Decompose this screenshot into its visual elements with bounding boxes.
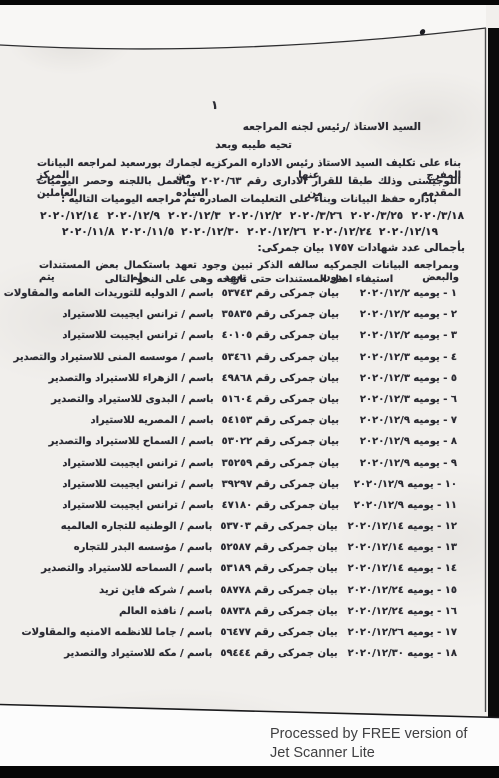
- entry-consignee-label: باسم / موسسه المنى للاستيراد والتصدير: [14, 352, 214, 363]
- entry-declaration-label: بيان جمركى رقم ٣٥٨٣٥: [222, 309, 339, 320]
- entry-day-label: ١٥ - يوميه ٢٠٢٠/١٢/٢٤: [348, 585, 457, 596]
- review-date: ٢٠٢٠/١٢/٢: [229, 210, 282, 222]
- review-date: ٢٠٢٠/١٢/١٩: [379, 226, 438, 238]
- entry-declaration-label: بيان جمركى رقم ٤٩٨٦٨: [222, 373, 339, 384]
- intro-paragraph-line: باداره حفظ البيانات وبناء على التعليمات …: [37, 194, 461, 206]
- watermark-line-1: Processed by FREE version of: [270, 725, 485, 744]
- entry-day-label: ٢ - يوميه ٢٠٢٠/١٢/٢: [349, 309, 457, 320]
- journal-entry-row: ١٧ - يوميه ٢٠٢٠/١٢/٢٦ بيان جمركى رقم ٥٦٤…: [37, 627, 457, 648]
- entry-declaration-label: بيان جمركى رقم ٥٣١٨٩: [220, 563, 337, 574]
- entry-day-label: ١٨ - يوميه ٢٠٢٠/١٢/٣٠: [348, 648, 457, 659]
- review-note-line: استيفاء اصل المستندات حتى تاريخه وهى على…: [39, 274, 459, 286]
- entry-consignee-label: باسم / الدوليه للتوريدات العامه والمقاول…: [4, 288, 214, 299]
- review-date: ٢٠٢٠/٣/١٨: [411, 210, 464, 222]
- entry-declaration-label: بيان جمركى رقم ٤٠١٠٥: [222, 330, 339, 341]
- entry-consignee-label: باسم / ترانس ايجيبت للاستيراد: [62, 458, 213, 469]
- entry-day-label: ٤ - يوميه ٢٠٢٠/١٢/٣: [349, 352, 457, 363]
- entry-consignee-label: باسم / البدوى للاستيراد والتصدير: [51, 394, 213, 405]
- journal-entry-row: ٩ - يوميه ٢٠٢٠/١٢/٩ بيان جمركى رقم ٣٥٢٥٩…: [37, 458, 457, 479]
- watermark-line-2: Jet Scanner Lite: [270, 744, 485, 763]
- entry-declaration-label: بيان جمركى رقم ٥٣٤٦١: [222, 352, 339, 363]
- review-dates-row-2: ٢٠٢٠/١٢/١٩٢٠٢٠/١٢/٢٤٢٠٢٠/١٢/٢٦٢٠٢٠/١٢/٣٠…: [62, 226, 438, 238]
- review-date: ٢٠٢٠/١٢/٣٠: [181, 226, 240, 238]
- entry-declaration-label: بيان جمركى رقم ٥٨٧٣٨: [220, 606, 337, 617]
- entry-declaration-label: بيان جمركى رقم ٥٣٠٢٢: [222, 436, 339, 447]
- review-date: ٢٠٢٠/١٢/٣: [168, 210, 221, 222]
- journal-entry-row: ٤ - يوميه ٢٠٢٠/١٢/٣ بيان جمركى رقم ٥٣٤٦١…: [37, 352, 457, 373]
- journal-entry-row: ٨ - يوميه ٢٠٢٠/١٢/٩ بيان جمركى رقم ٥٣٠٢٢…: [37, 436, 457, 457]
- entry-consignee-label: باسم / الوطنيه للتجاره العالميه: [61, 521, 213, 532]
- entry-declaration-label: بيان جمركى رقم ٥٤١٥٣: [222, 415, 339, 426]
- review-date: ٢٠٢٠/١١/٥: [122, 226, 175, 238]
- entry-consignee-label: باسم / شركه فاين تريد: [99, 585, 212, 596]
- entry-declaration-label: بيان جمركى رقم ٥٣٧٠٣: [220, 521, 337, 532]
- journal-entry-row: ١٣ - يوميه ٢٠٢٠/١٢/١٤ بيان جمركى رقم ٥٢٥…: [37, 542, 457, 563]
- journal-entries-list: ١ - يوميه ٢٠٢٠/١٢/٢ بيان جمركى رقم ٥٣٧٤٣…: [37, 288, 457, 669]
- scan-page: ١ السيد الاستاذ /رئيس لجنه المراجعه تحيه…: [0, 0, 499, 778]
- entry-day-label: ١٠ - يوميه ٢٠٢٠/١٢/٩: [349, 479, 457, 490]
- journal-entry-row: ١٦ - يوميه ٢٠٢٠/١٢/٢٤ بيان جمركى رقم ٥٨٧…: [37, 606, 457, 627]
- entry-consignee-label: باسم / ترانس ايجيبت للاستيراد: [62, 330, 213, 341]
- entry-declaration-label: بيان جمركى رقم ٥٨٧٧٨: [220, 585, 337, 596]
- journal-entry-row: ١ - يوميه ٢٠٢٠/١٢/٢ بيان جمركى رقم ٥٣٧٤٣…: [37, 288, 457, 309]
- entry-day-label: ٨ - يوميه ٢٠٢٠/١٢/٩: [349, 436, 457, 447]
- entry-consignee-label: باسم / ترانس ايجيبت للاستيراد: [62, 309, 213, 320]
- page-number-mark: ١: [211, 98, 218, 112]
- entry-declaration-label: بيان جمركى رقم ٥١٦٠٤: [222, 394, 339, 405]
- entry-day-label: ٥ - يوميه ٢٠٢٠/١٢/٣: [349, 373, 457, 384]
- entry-consignee-label: باسم / ترانس ايجيبت للاستيراد: [62, 479, 213, 490]
- entry-day-label: ٦ - يوميه ٢٠٢٠/١٢/٣: [349, 394, 457, 405]
- entry-day-label: ٧ - يوميه ٢٠٢٠/١٢/٩: [349, 415, 457, 426]
- journal-entry-row: ٣ - يوميه ٢٠٢٠/١٢/٢ بيان جمركى رقم ٤٠١٠٥…: [37, 330, 457, 351]
- entry-day-label: ١ - يوميه ٢٠٢٠/١٢/٢: [349, 288, 457, 299]
- entry-day-label: ١٢ - يوميه ٢٠٢٠/١٢/١٤: [348, 521, 457, 532]
- salutation-line: تحيه طيبه وبعد: [215, 139, 292, 151]
- review-dates-row-1: ٢٠٢٠/٣/١٨٢٠٢٠/٣/٢٥٢٠٢٠/٣/٢٦٢٠٢٠/١٢/٢٢٠٢٠…: [40, 210, 464, 222]
- journal-entry-row: ٢ - يوميه ٢٠٢٠/١٢/٢ بيان جمركى رقم ٣٥٨٣٥…: [37, 309, 457, 330]
- journal-entry-row: ١٨ - يوميه ٢٠٢٠/١٢/٣٠ بيان جمركى رقم ٥٩٤…: [37, 648, 457, 669]
- journal-entry-row: ٥ - يوميه ٢٠٢٠/١٢/٣ بيان جمركى رقم ٤٩٨٦٨…: [37, 373, 457, 394]
- entry-day-label: ٣ - يوميه ٢٠٢٠/١٢/٢: [349, 330, 457, 341]
- review-date: ٢٠٢٠/٣/٢٥: [351, 210, 404, 222]
- entry-declaration-label: بيان جمركى رقم ٣٩٢٩٧: [222, 479, 339, 490]
- entry-consignee-label: باسم / نافذه العالم: [119, 606, 212, 617]
- entry-declaration-label: بيان جمركى رقم ٥٣٧٤٣: [222, 288, 339, 299]
- journal-entry-row: ١١ - يوميه ٢٠٢٠/١٢/٩ بيان جمركى رقم ٤٧١٨…: [37, 500, 457, 521]
- entry-consignee-label: باسم / السماح للاستيراد والتصدير: [49, 436, 214, 447]
- entry-declaration-label: بيان جمركى رقم ٣٥٢٥٩: [222, 458, 339, 469]
- total-certificates-line: بأجمالى عدد شهادات ١٧٥٧ بيان جمركى:: [258, 242, 466, 254]
- entry-day-label: ١٦ - يوميه ٢٠٢٠/١٢/٢٤: [348, 606, 457, 617]
- journal-entry-row: ١٠ - يوميه ٢٠٢٠/١٢/٩ بيان جمركى رقم ٣٩٢٩…: [37, 479, 457, 500]
- scanner-watermark: Processed by FREE version of Jet Scanner…: [270, 725, 485, 762]
- journal-entry-row: ١٥ - يوميه ٢٠٢٠/١٢/٢٤ بيان جمركى رقم ٥٨٧…: [37, 585, 457, 606]
- entry-consignee-label: باسم / ترانس ايجيبت للاستيراد: [62, 500, 213, 511]
- entry-declaration-label: بيان جمركى رقم ٤٧١٨٠: [222, 500, 339, 511]
- review-date: ٢٠٢٠/١٢/٢٤: [313, 226, 372, 238]
- entry-day-label: ٩ - يوميه ٢٠٢٠/١٢/٩: [349, 458, 457, 469]
- journal-entry-row: ٦ - يوميه ٢٠٢٠/١٢/٣ بيان جمركى رقم ٥١٦٠٤…: [37, 394, 457, 415]
- entry-declaration-label: بيان جمركى رقم ٥٢٥٨٧: [220, 542, 337, 553]
- journal-entry-row: ٧ - يوميه ٢٠٢٠/١٢/٩ بيان جمركى رقم ٥٤١٥٣…: [37, 415, 457, 436]
- entry-consignee-label: باسم / مؤسسه البدر للتجاره: [74, 542, 213, 553]
- review-date: ٢٠٢٠/١٢/٩: [107, 210, 160, 222]
- journal-entry-row: ١٢ - يوميه ٢٠٢٠/١٢/١٤ بيان جمركى رقم ٥٣٧…: [37, 521, 457, 542]
- review-date: ٢٠٢٠/١٢/١٤: [40, 210, 99, 222]
- entry-day-label: ١٤ - يوميه ٢٠٢٠/١٢/١٤: [348, 563, 457, 574]
- entry-day-label: ١٣ - يوميه ٢٠٢٠/١٢/١٤: [348, 542, 457, 553]
- recipient-line: السيد الاستاذ /رئيس لجنه المراجعه: [243, 121, 421, 133]
- entry-day-label: ١٧ - يوميه ٢٠٢٠/١٢/٢٦: [348, 627, 457, 638]
- entry-declaration-label: بيان جمركى رقم ٥٩٤٤٤: [220, 648, 337, 659]
- review-date: ٢٠٢٠/١١/٨: [62, 226, 115, 238]
- entry-consignee-label: باسم / جاما للانظمه الامنيه والمقاولات: [22, 627, 213, 638]
- entry-consignee-label: باسم / المصريه للاستيراد: [90, 415, 213, 426]
- entry-consignee-label: باسم / مكه للاستيراد والتصدير: [64, 648, 212, 659]
- entry-consignee-label: باسم / الزهراء للاستيراد والتصدير: [49, 373, 214, 384]
- review-date: ٢٠٢٠/١٢/٢٦: [247, 226, 306, 238]
- entry-consignee-label: باسم / السماحه للاستيراد والتصدير: [41, 563, 212, 574]
- entry-day-label: ١١ - يوميه ٢٠٢٠/١٢/٩: [349, 500, 457, 511]
- review-date: ٢٠٢٠/٣/٢٦: [290, 210, 343, 222]
- entry-declaration-label: بيان جمركى رقم ٥٦٤٧٧: [220, 627, 337, 638]
- journal-entry-row: ١٤ - يوميه ٢٠٢٠/١٢/١٤ بيان جمركى رقم ٥٣١…: [37, 563, 457, 584]
